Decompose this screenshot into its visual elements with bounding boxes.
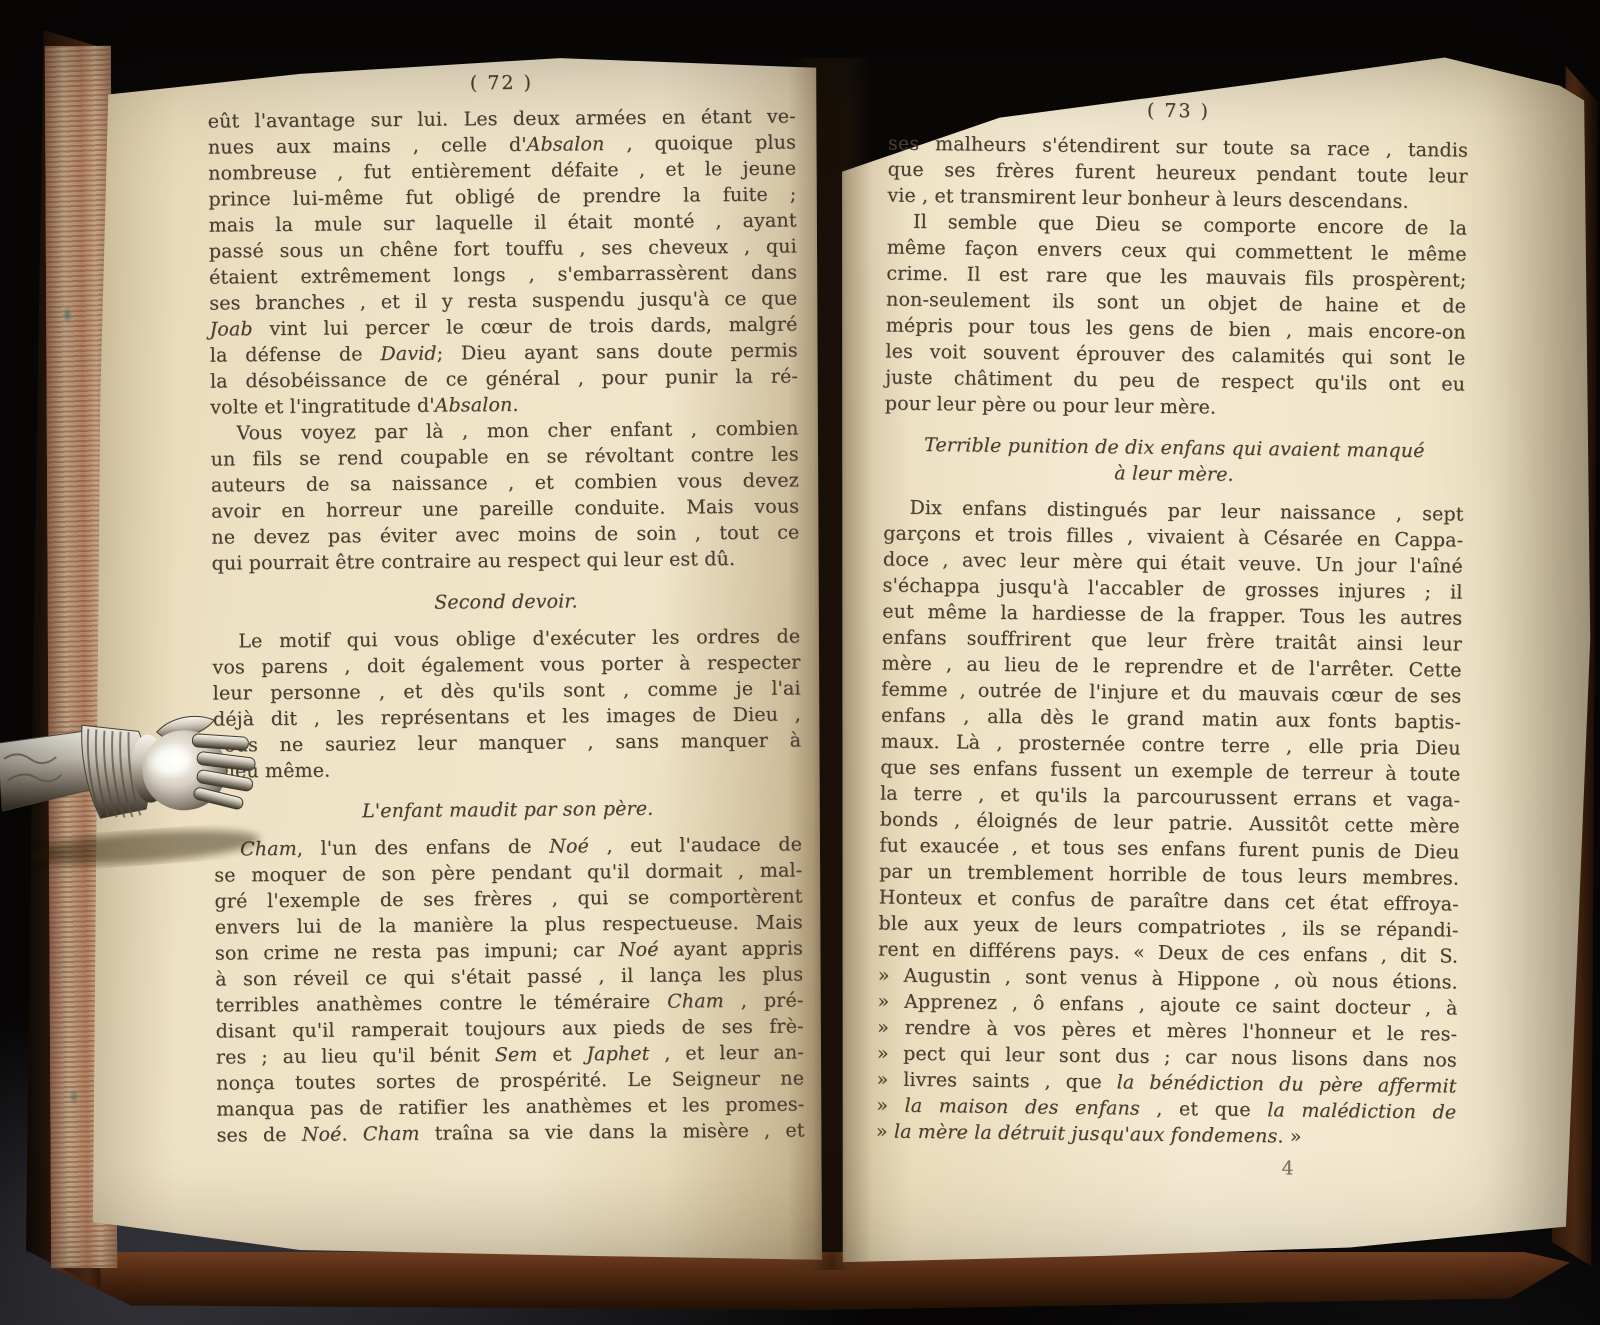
text-line: Second devoir. (212, 586, 800, 617)
text-line: vous ne sauriez leur manquer , sans manq… (213, 727, 801, 758)
page-72-blocks: eût l'avantage sur lui. Les deux armées … (208, 103, 805, 1148)
paragraph: Le motif qui vous oblige d'exécuter les … (212, 623, 801, 784)
text-line: qui pourrait être contraire au respect q… (211, 545, 799, 576)
silver-hand-page-holder (0, 675, 268, 885)
text-line: ses de Noé. Cham traîna sa vie dans la m… (216, 1117, 804, 1148)
antique-book-photograph: ( 72 ) eût l'avantage sur lui. Les deux … (0, 0, 1600, 1325)
page-73-text: ( 73 ) ses malheurs s'étendirent sur tou… (875, 94, 1468, 1183)
text-line: L'enfant maudit par son père. (214, 794, 802, 825)
text-line: Dieu même. (213, 753, 801, 784)
section-heading: Second devoir. (212, 586, 800, 617)
paragraph: Cham, l'un des enfans de Noé , eut l'aud… (214, 831, 805, 1148)
paragraph: ses malheurs s'étendirent sur toute sa r… (887, 130, 1468, 215)
paragraph: Vous voyez par là , mon cher enfant , co… (210, 415, 799, 576)
section-heading: L'enfant maudit par son père. (214, 794, 802, 825)
section-heading: Terrible punition de dix enfans qui avai… (884, 431, 1465, 490)
paragraph: Dix enfans distingués par leur naissance… (876, 494, 1464, 1151)
signature-mark: 4 (1281, 1155, 1455, 1183)
paragraph: eût l'avantage sur lui. Les deux armées … (208, 103, 799, 420)
paragraph: Il semble que Dieu se comporte encore de… (885, 208, 1467, 423)
text-line: la désobéissance de ce général , pour pu… (210, 363, 798, 394)
page-73-blocks: ses malheurs s'étendirent sur toute sa r… (876, 130, 1468, 1151)
silver-hand-icon (0, 675, 268, 885)
page-number-left: ( 72 ) (207, 67, 795, 98)
page-72-text: ( 72 ) eût l'avantage sur lui. Les deux … (207, 67, 804, 1148)
